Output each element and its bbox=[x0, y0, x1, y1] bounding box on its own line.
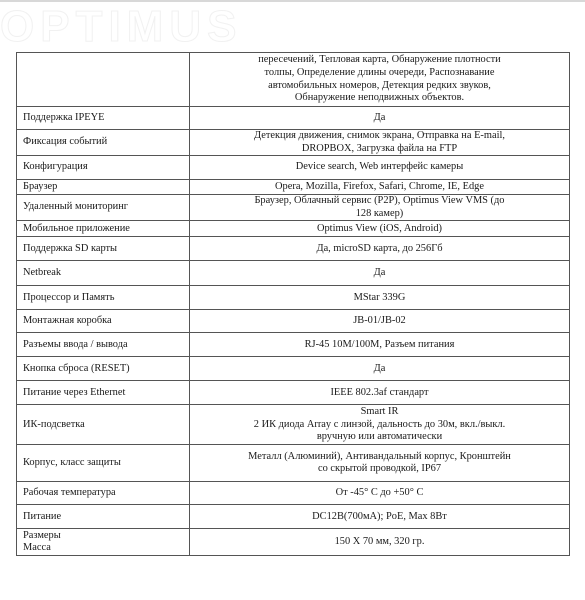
spec-table: пересечений, Тепловая карта, Обнаружение… bbox=[16, 52, 570, 556]
spec-label-line: Фиксация событий bbox=[23, 136, 183, 149]
spec-label: Поддержка IPEYE bbox=[17, 107, 190, 130]
spec-value-line: Да bbox=[196, 112, 563, 125]
spec-value-line: IEEE 802.3af стандарт bbox=[196, 387, 563, 400]
watermark: OPTIMUS bbox=[0, 6, 585, 48]
table-row: Корпус, класс защитыМеталл (Алюминий), А… bbox=[17, 445, 570, 482]
spec-label-line: Удаленный мониторинг bbox=[23, 201, 183, 214]
spec-label-line: Питание через Ethernet bbox=[23, 387, 183, 400]
spec-label: Процессор и Память bbox=[17, 286, 190, 310]
spec-value: Да, microSD карта, до 256Гб bbox=[190, 237, 570, 261]
spec-value: Smart IR2 ИК диода Array с линзой, дальн… bbox=[190, 405, 570, 445]
spec-value: Детекция движения, снимок экрана, Отправ… bbox=[190, 130, 570, 156]
spec-label-line: ИК-подсветка bbox=[23, 419, 183, 432]
spec-value: Да bbox=[190, 107, 570, 130]
table-row: ПитаниеDC12В(700мА); PoE, Max 8Вт bbox=[17, 505, 570, 529]
spec-label: Рабочая температура bbox=[17, 482, 190, 505]
spec-value-line: Обнаружение неподвижных объектов. bbox=[196, 92, 563, 105]
spec-value-line: пересечений, Тепловая карта, Обнаружение… bbox=[196, 54, 563, 67]
spec-label: ИК-подсветка bbox=[17, 405, 190, 445]
spec-value-line: Металл (Алюминий), Антивандальный корпус… bbox=[196, 451, 563, 464]
spec-value-line: Opera, Mozilla, Firefox, Safari, Chrome,… bbox=[196, 181, 563, 194]
spec-value: Металл (Алюминий), Антивандальный корпус… bbox=[190, 445, 570, 482]
spec-value-line: Optimus View (iOS, Android) bbox=[196, 223, 563, 236]
table-row: Поддержка SD картыДа, microSD карта, до … bbox=[17, 237, 570, 261]
spec-label-line: Конфигурация bbox=[23, 161, 183, 174]
spec-value-line: Smart IR bbox=[196, 406, 563, 419]
spec-label: Разъемы ввода / вывода bbox=[17, 333, 190, 357]
table-row: Разъемы ввода / выводаRJ-45 10M/100M, Ра… bbox=[17, 333, 570, 357]
spec-label: Питание через Ethernet bbox=[17, 381, 190, 405]
spec-value: пересечений, Тепловая карта, Обнаружение… bbox=[190, 53, 570, 107]
spec-label: Удаленный мониторинг bbox=[17, 195, 190, 221]
spec-label: Браузер bbox=[17, 180, 190, 195]
spec-label-line: Netbreak bbox=[23, 267, 183, 280]
spec-value: 150 X 70 мм, 320 гр. bbox=[190, 529, 570, 556]
table-row: NetbreakДа bbox=[17, 261, 570, 286]
spec-value-line: Да bbox=[196, 363, 563, 376]
table-row: Фиксация событийДетекция движения, снимо… bbox=[17, 130, 570, 156]
spec-label-line: Мобильное приложение bbox=[23, 223, 183, 236]
spec-value: Браузер, Облачный сервис (P2P), Optimus … bbox=[190, 195, 570, 221]
spec-value: От -45° С до +50° С bbox=[190, 482, 570, 505]
spec-value-line: Детекция движения, снимок экрана, Отправ… bbox=[196, 130, 563, 143]
table-row: Поддержка IPEYEДа bbox=[17, 107, 570, 130]
spec-label-line: Масса bbox=[23, 542, 183, 555]
spec-value: MStar 339G bbox=[190, 286, 570, 310]
spec-label-line: Разъемы ввода / вывода bbox=[23, 339, 183, 352]
table-row: Питание через EthernetIEEE 802.3af станд… bbox=[17, 381, 570, 405]
spec-label-line: Рабочая температура bbox=[23, 487, 183, 500]
spec-value: Да bbox=[190, 261, 570, 286]
spec-value: Opera, Mozilla, Firefox, Safari, Chrome,… bbox=[190, 180, 570, 195]
top-edge-strip bbox=[0, 0, 585, 2]
spec-value-line: DC12В(700мА); PoE, Max 8Вт bbox=[196, 511, 563, 524]
spec-label: Фиксация событий bbox=[17, 130, 190, 156]
table-row: пересечений, Тепловая карта, Обнаружение… bbox=[17, 53, 570, 107]
spec-label: РазмерыМасса bbox=[17, 529, 190, 556]
spec-label: Корпус, класс защиты bbox=[17, 445, 190, 482]
table-row: ИК-подсветкаSmart IR2 ИК диода Array с л… bbox=[17, 405, 570, 445]
spec-value-line: 150 X 70 мм, 320 гр. bbox=[196, 536, 563, 549]
spec-label: Мобильное приложение bbox=[17, 221, 190, 237]
spec-value: DC12В(700мА); PoE, Max 8Вт bbox=[190, 505, 570, 529]
spec-value: RJ-45 10M/100M, Разъем питания bbox=[190, 333, 570, 357]
table-row: Мобильное приложениеOptimus View (iOS, A… bbox=[17, 221, 570, 237]
spec-value-line: 2 ИК диода Array с линзой, дальность до … bbox=[196, 419, 563, 432]
spec-value-line: Браузер, Облачный сервис (P2P), Optimus … bbox=[196, 195, 563, 208]
spec-label-line: Кнопка сброса (RESET) bbox=[23, 363, 183, 376]
spec-value-line: MStar 339G bbox=[196, 292, 563, 305]
spec-label-line: Корпус, класс защиты bbox=[23, 457, 183, 470]
spec-value: Device search, Web интерфейс камеры bbox=[190, 156, 570, 180]
table-row: КонфигурацияDevice search, Web интерфейс… bbox=[17, 156, 570, 180]
spec-value: JB-01/JB-02 bbox=[190, 310, 570, 333]
table-row: РазмерыМасса150 X 70 мм, 320 гр. bbox=[17, 529, 570, 556]
spec-label: Монтажная коробка bbox=[17, 310, 190, 333]
spec-value-line: Да, microSD карта, до 256Гб bbox=[196, 243, 563, 256]
spec-label-line: Размеры bbox=[23, 530, 183, 543]
spec-value: Да bbox=[190, 357, 570, 381]
spec-label: Конфигурация bbox=[17, 156, 190, 180]
table-row: Процессор и ПамятьMStar 339G bbox=[17, 286, 570, 310]
spec-value-line: 128 камер) bbox=[196, 208, 563, 221]
table-row: Монтажная коробкаJB-01/JB-02 bbox=[17, 310, 570, 333]
spec-label-line: Монтажная коробка bbox=[23, 315, 183, 328]
table-row: Кнопка сброса (RESET)Да bbox=[17, 357, 570, 381]
spec-label-line: Питание bbox=[23, 511, 183, 524]
spec-label: Кнопка сброса (RESET) bbox=[17, 357, 190, 381]
table-row: Удаленный мониторингБраузер, Облачный се… bbox=[17, 195, 570, 221]
table-row: БраузерOpera, Mozilla, Firefox, Safari, … bbox=[17, 180, 570, 195]
spec-label-line: Поддержка IPEYE bbox=[23, 112, 183, 125]
spec-label-line: Поддержка SD карты bbox=[23, 243, 183, 256]
spec-value-line: RJ-45 10M/100M, Разъем питания bbox=[196, 339, 563, 352]
spec-label-line: Процессор и Память bbox=[23, 292, 183, 305]
spec-value-line: толпы, Определение длины очереди, Распоз… bbox=[196, 67, 563, 80]
spec-label: Netbreak bbox=[17, 261, 190, 286]
spec-value-line: вручную или автоматически bbox=[196, 431, 563, 444]
spec-value-line: Да bbox=[196, 267, 563, 280]
spec-value-line: автомобильных номеров, Детекция редких з… bbox=[196, 80, 563, 93]
spec-label-line: Браузер bbox=[23, 181, 183, 194]
spec-value: Optimus View (iOS, Android) bbox=[190, 221, 570, 237]
spec-value-line: со скрытой проводкой, IP67 bbox=[196, 463, 563, 476]
spec-value: IEEE 802.3af стандарт bbox=[190, 381, 570, 405]
table-row: Рабочая температураОт -45° С до +50° С bbox=[17, 482, 570, 505]
spec-label: Поддержка SD карты bbox=[17, 237, 190, 261]
spec-value-line: Device search, Web интерфейс камеры bbox=[196, 161, 563, 174]
spec-value-line: DROPBOX, Загрузка файла на FTP bbox=[196, 143, 563, 156]
spec-value-line: От -45° С до +50° С bbox=[196, 487, 563, 500]
spec-label bbox=[17, 53, 190, 107]
spec-label: Питание bbox=[17, 505, 190, 529]
spec-value-line: JB-01/JB-02 bbox=[196, 315, 563, 328]
